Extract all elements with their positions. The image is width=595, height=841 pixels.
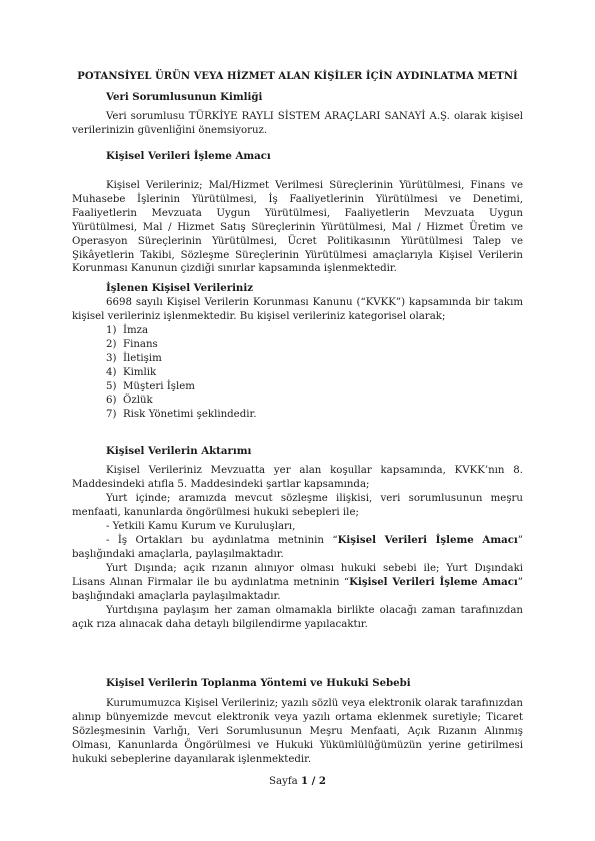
section-heading-processed: İşlenen Kişisel Verileriniz (106, 282, 253, 296)
transfer-bullet-public: - Yetkili Kamu Kurum ve Kuruluşları, (72, 520, 523, 534)
list-item: 6)Özlük (106, 394, 256, 408)
identity-paragraph: Veri sorumlusu TÜRKİYE RAYLI SİSTEM ARAÇ… (72, 110, 523, 138)
list-item-label: İletişim (123, 352, 162, 366)
list-item-label: Risk Yönetimi şeklindedir. (123, 408, 256, 422)
list-item-label: Özlük (123, 394, 153, 408)
section-heading-collection: Kişisel Verilerin Toplanma Yöntemi ve Hu… (106, 677, 411, 691)
list-item: 1)İmza (106, 324, 256, 338)
list-item-label: İmza (123, 324, 148, 338)
collection-paragraph: Kurumumuzca Kişisel Verileriniz; yazılı … (72, 697, 523, 767)
section-heading-transfer: Kişisel Verilerin Aktarımı (106, 445, 251, 459)
transfer-paragraph-domestic: Yurt içinde; aramızda mevcut sözleşme il… (72, 492, 523, 520)
list-item: 4)Kimlik (106, 366, 256, 380)
list-item-number: 5) (106, 380, 123, 394)
list-item-number: 7) (106, 408, 123, 422)
document-title: POTANSİYEL ÜRÜN VEYA HİZMET ALAN KİŞİLER… (0, 71, 595, 82)
document-page: POTANSİYEL ÜRÜN VEYA HİZMET ALAN KİŞİLER… (0, 0, 595, 841)
list-item-number: 1) (106, 324, 123, 338)
list-item: 5)Müşteri İşlem (106, 380, 256, 394)
data-category-list: 1)İmza2)Finans3)İletişim4)Kimlik5)Müşter… (106, 324, 256, 422)
transfer-paragraph-1: Kişisel Verileriniz Mevzuatta yer alan k… (72, 464, 523, 492)
list-item-number: 2) (106, 338, 123, 352)
transfer-bullet-partners: - İş Ortakları bu aydınlatma metninin “K… (72, 534, 523, 562)
list-item: 3)İletişim (106, 352, 256, 366)
list-item-label: Kimlik (123, 366, 156, 380)
list-item-number: 6) (106, 394, 123, 408)
section-heading-identity: Veri Sorumlusunun Kimliği (106, 91, 262, 105)
list-item: 7)Risk Yönetimi şeklindedir. (106, 408, 256, 422)
purpose-paragraph: Kişisel Verileriniz; Mal/Hizmet Verilmes… (72, 179, 523, 276)
transfer-paragraph-abroad: Yurt Dışında; açık rızanın alınıyor olma… (72, 562, 523, 604)
list-item-number: 3) (106, 352, 123, 366)
processed-paragraph: 6698 sayılı Kişisel Verilerin Korunması … (72, 296, 523, 324)
list-item-label: Müşteri İşlem (123, 380, 195, 394)
list-item-number: 4) (106, 366, 123, 380)
section-heading-purpose: Kişisel Verileri İşleme Amacı (106, 150, 271, 164)
list-item-label: Finans (123, 338, 158, 352)
list-item: 2)Finans (106, 338, 256, 352)
page-number: Sayfa 1 / 2 (0, 775, 595, 787)
transfer-paragraph-consent: Yurtdışına paylaşım her zaman olmamakla … (72, 604, 523, 632)
